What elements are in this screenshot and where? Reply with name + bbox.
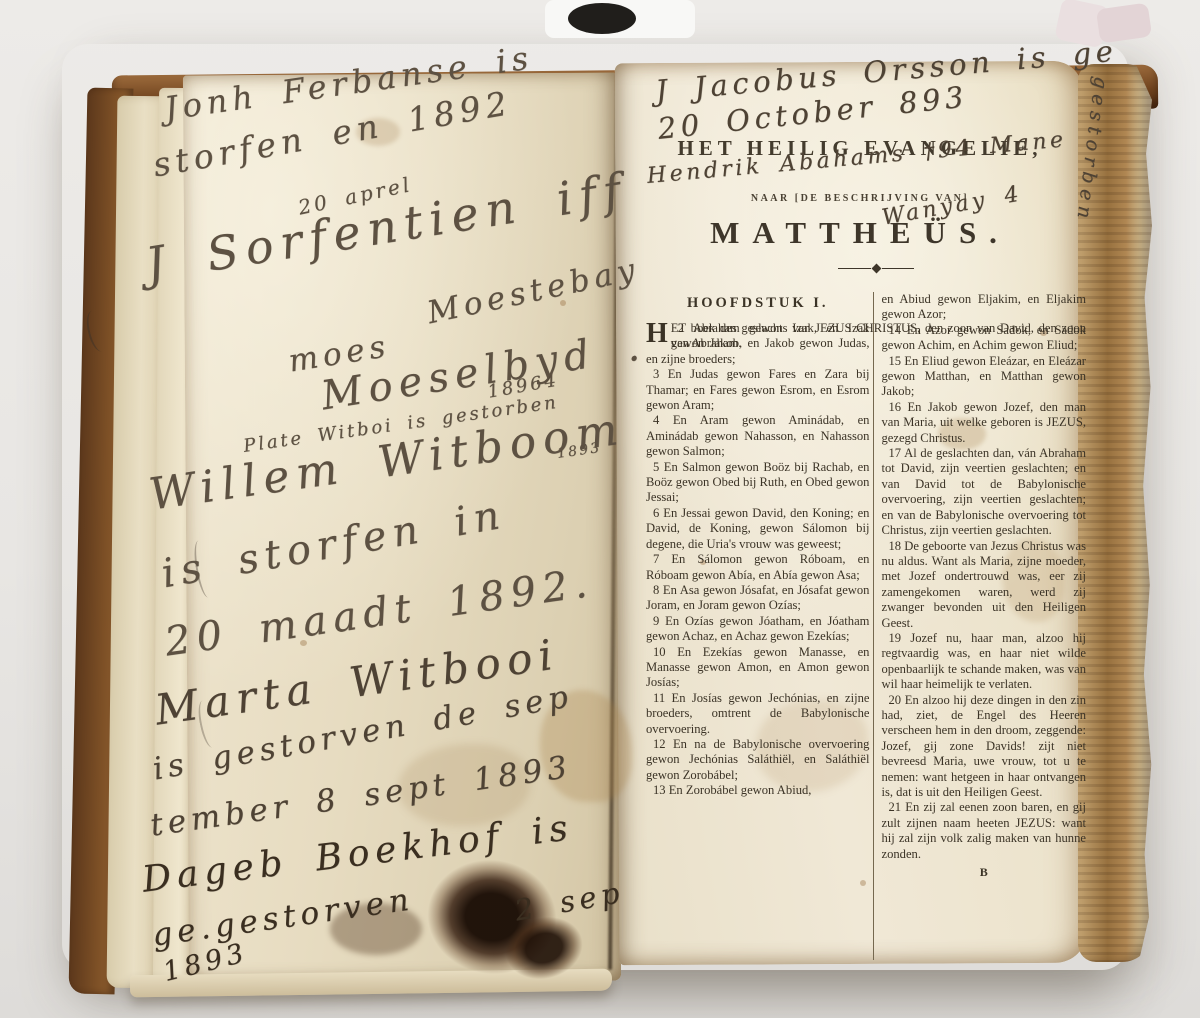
divider-line xyxy=(838,268,871,270)
verse-paragraph: 7 En Sálomon gewon Róboam, en Róboam gew… xyxy=(646,552,869,583)
verse-paragraph: en Abiud gewon Eljakim, en Eljakim gewon… xyxy=(881,292,1086,323)
text-column-right: en Abiud gewon Eljakim, en Eljakim gewon… xyxy=(873,292,1086,960)
chapter-heading: HOOFDSTUK I. xyxy=(646,295,869,312)
signature-mark: B xyxy=(881,865,1086,880)
divider-diamond-icon xyxy=(871,264,881,274)
verse-paragraph: 17 Al de geslachten dan, ván Abraham tot… xyxy=(881,446,1086,538)
verse-paragraph: 6 En Jessai gewon David, den Koning; en … xyxy=(646,506,869,552)
verse-paragraph: 5 En Salmon gewon Boöz bij Rachab, en Bo… xyxy=(646,460,869,506)
verse-paragraph: 16 En Jakob gewon Jozef, den man van Mar… xyxy=(881,400,1086,446)
divider-line xyxy=(882,268,915,270)
verse-paragraph: 8 En Asa gewon Jósafat, en Jósafat gewon… xyxy=(646,583,869,614)
verse-paragraph: 19 Jozef nu, haar man, alzoo hij regtvaa… xyxy=(881,631,1086,693)
clip-dark-knob xyxy=(568,3,636,34)
verse-paragraph: 10 En Ezekías gewon Manasse, en Manasse … xyxy=(646,645,869,691)
verse-paragraph: 12 En na de Babylonische overvoering gew… xyxy=(646,737,869,783)
photo-background: Jonh Ferbanse is storfen en 1892 20 apre… xyxy=(0,0,1200,1018)
verse-paragraph: 3 En Judas gewon Fares en Zara bij Thama… xyxy=(646,367,869,413)
printed-text-columns: HOOFDSTUK I. HET boek des geslachts van … xyxy=(646,292,1086,960)
text-column-left: HOOFDSTUK I. HET boek des geslachts van … xyxy=(646,292,873,960)
section-divider-ornament xyxy=(838,264,914,273)
printed-book-name: MATTHEÜS. xyxy=(640,215,1080,251)
verse-paragraph: 9 En Ozías gewon Jóatham, en Jóatham gew… xyxy=(646,614,869,645)
verse-paragraph: 21 En zij zal eenen zoon baren, en gij z… xyxy=(881,800,1086,862)
verse-paragraph: 18 De geboorte van Jezus Christus was nu… xyxy=(881,539,1086,631)
drop-cap: H xyxy=(646,322,668,346)
verse-paragraph: 11 En Josías gewon Jechónias, en zijne b… xyxy=(646,691,869,737)
verse-paragraph: 4 En Aram gewon Aminádab, en Aminádab ge… xyxy=(646,413,869,459)
verse-paragraph: 13 En Zorobábel gewon Abiud, xyxy=(646,783,869,798)
verse-paragraph: 15 En Eliud gewon Eleázar, en Eleázar ge… xyxy=(881,354,1086,400)
verse-text: ET boek des geslachts van JEZUS CHRISTUS… xyxy=(671,321,1086,352)
verse-paragraph: 20 En alzoo hij deze dingen in den zin h… xyxy=(881,693,1086,801)
